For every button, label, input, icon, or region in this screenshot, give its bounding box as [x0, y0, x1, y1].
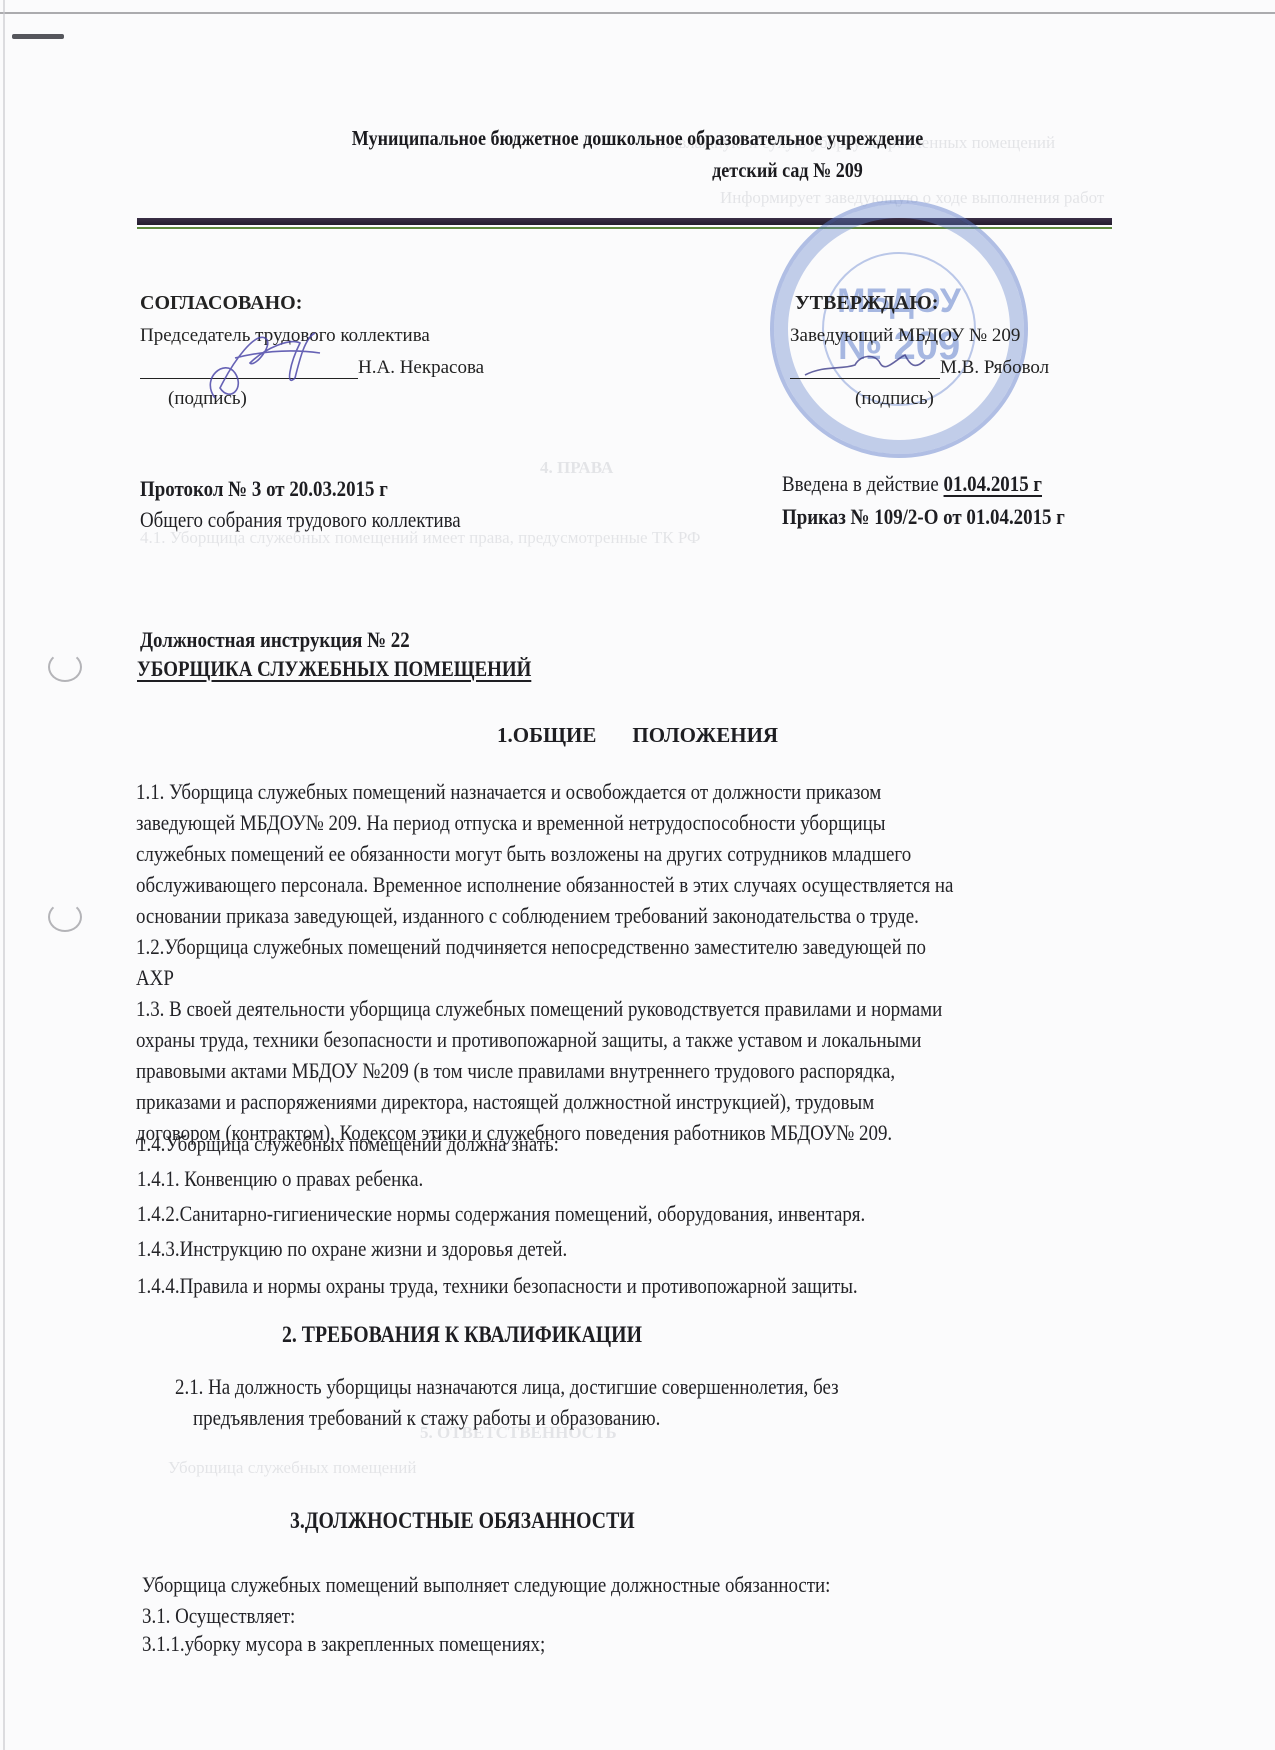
order-number: Приказ № 109/2-О от 01.04.2015 г — [782, 504, 1065, 530]
paragraph-line: правовыми актами МБДОУ №209 (в том числе… — [136, 1055, 953, 1086]
knowledge-item: 1.4.3.Инструкцию по охране жизни и здоро… — [137, 1233, 567, 1264]
punch-hole-mark — [48, 652, 82, 682]
approval-left-name: Н.А. Некрасова — [358, 357, 484, 379]
knowledge-item: 1.4.4.Правила и нормы охраны труда, техн… — [137, 1270, 858, 1301]
paragraph-line: заведующей МБДОУ№ 209. На период отпуска… — [136, 807, 953, 838]
paragraph-line: 1.1. Уборщица служебных помещений назнач… — [136, 776, 953, 807]
section2-item-line: предъявления требований к стажу работы и… — [193, 1402, 660, 1433]
section2-item-line: 2.1. На должность уборщицы назначаются л… — [175, 1371, 839, 1402]
paragraph-line: приказами и распоряжениями директора, на… — [136, 1086, 953, 1117]
effective-label: Введена в действие — [782, 471, 944, 496]
paragraph-line: 1.2.Уборщица служебных помещений подчиня… — [136, 931, 953, 962]
org-name-line1: Муниципальное бюджетное дошкольное образ… — [89, 126, 1186, 151]
section3-intro: Уборщица служебных помещений выполняет с… — [142, 1569, 830, 1600]
paragraph-line: служебных помещений ее обязанности могут… — [136, 838, 953, 869]
section1-knowledge-intro: 1.4.Уборщица служебных помещений должна … — [137, 1128, 559, 1159]
approval-right-name: М.В. Рябовол — [940, 357, 1049, 379]
scan-edge-top — [0, 12, 1275, 14]
approval-right-signature-caption: (подпись) — [855, 388, 934, 410]
instruction-number: Должностная инструкция № 22 — [140, 627, 410, 653]
approval-right-position: Заведующий МБДОУ № 209 — [790, 325, 1020, 347]
scan-corner-mark — [12, 34, 64, 39]
section1-body: 1.1. Уборщица служебных помещений назнач… — [136, 776, 953, 1148]
approval-right-title: УТВЕРЖДАЮ: — [795, 292, 938, 315]
paragraph-line: 1.3. В своей деятельности уборщица служе… — [136, 993, 953, 1024]
bleed-through-text: 4. ПРАВА — [540, 455, 613, 481]
handwritten-signature-icon — [800, 345, 930, 390]
section1-title-rest: ПОЛОЖЕНИЯ — [632, 723, 778, 747]
approval-left-title: СОГЛАСОВАНО: — [140, 292, 302, 315]
paragraph-line: обслуживающего персонала. Временное испо… — [136, 869, 953, 900]
knowledge-item: 1.4.1. Конвенцию о правах ребенка. — [137, 1163, 423, 1194]
duty-item: 3.1.1.уборку мусора в закрепленных помещ… — [142, 1628, 545, 1659]
effective-date: 01.04.2015 г — [944, 471, 1042, 496]
paragraph-line: основании приказа заведующей, изданного … — [136, 900, 953, 931]
effective-date-line: Введена в действие 01.04.2015 г — [782, 471, 1042, 497]
protocol-line: Протокол № 3 от 20.03.2015 г — [140, 476, 388, 502]
bleed-through-text: Уборщица служебных помещений — [168, 1455, 417, 1481]
duty-item: 3.1. Осуществляет: — [142, 1600, 295, 1631]
protocol-meeting: Общего собрания трудового коллектива — [140, 507, 461, 533]
org-name-line2: детский сад № 209 — [239, 158, 1275, 183]
handwritten-signature-icon — [195, 318, 325, 408]
section2-title: 2. ТРЕБОВАНИЯ К КВАЛИФИКАЦИИ — [282, 1322, 642, 1348]
punch-hole-mark — [48, 902, 82, 932]
scan-edge-left — [3, 0, 5, 1750]
instruction-title: УБОРЩИКА СЛУЖЕБНЫХ ПОМЕЩЕНИЙ — [137, 656, 531, 682]
section3-title: 3.ДОЛЖНОСТНЫЕ ОБЯЗАННОСТИ — [290, 1508, 635, 1534]
paragraph-line: АХР — [136, 962, 953, 993]
knowledge-item: 1.4.2.Санитарно-гигиенические нормы соде… — [137, 1198, 865, 1229]
section1-title-number: 1.ОБЩИЕ — [497, 723, 596, 747]
section1-title: 1.ОБЩИЕПОЛОЖЕНИЯ — [497, 723, 778, 748]
paragraph-line: охраны труда, техники безопасности и про… — [136, 1024, 953, 1055]
